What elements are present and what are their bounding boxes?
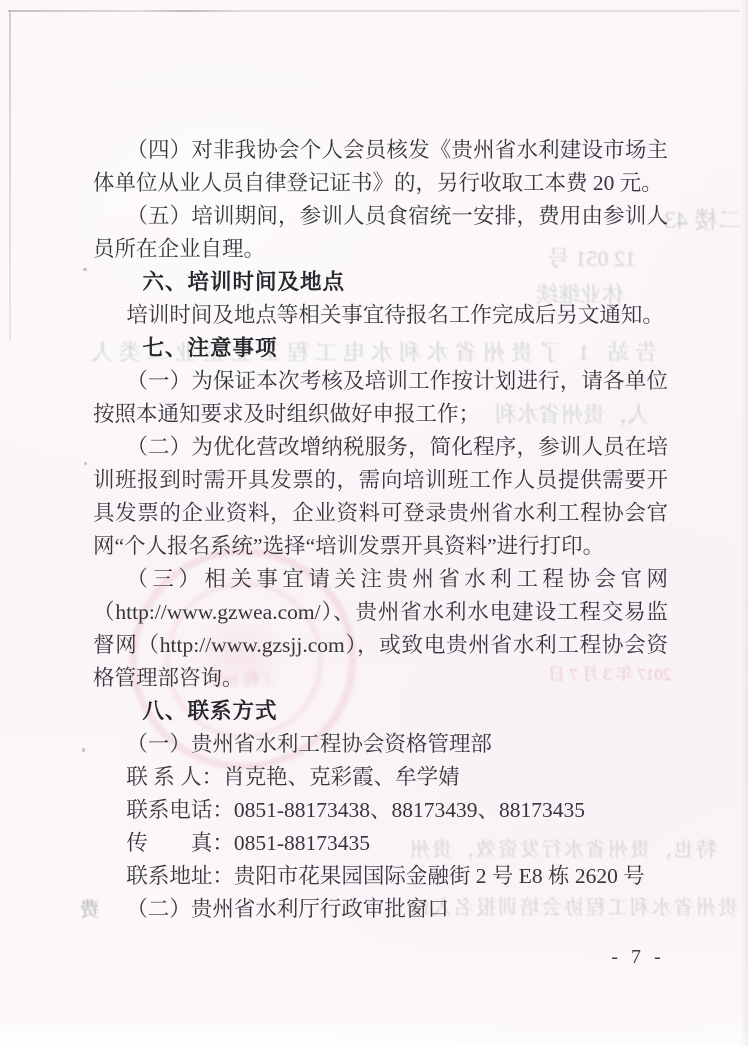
document-body: （四）对非我协会个人会员核发《贵州省水利建设市场主体单位从业人员自律登记证书》的…	[93, 134, 668, 926]
document-paragraph: 传 真：0851-88173435	[93, 827, 668, 860]
scan-edge-right-shadow	[741, 0, 748, 1058]
scan-speck	[84, 462, 87, 465]
scan-speck	[83, 268, 87, 271]
section-heading: 七、注意事项	[93, 332, 668, 365]
document-paragraph: （一）为保证本次考核及培训工作按计划进行，请各单位按照本通知要求及时组织做好申报…	[93, 365, 668, 431]
bleedthrough-text: 二楼 43	[664, 200, 742, 235]
document-paragraph: （三）相关事宜请关注贵州省水利工程协会官网（http://www.gzwea.c…	[93, 563, 668, 695]
section-heading: 六、培训时间及地点	[93, 266, 668, 299]
document-paragraph: （五）培训期间，参训人员食宿统一安排，费用由参训人员所在企业自理。	[93, 200, 668, 266]
document-paragraph: 培训时间及地点等相关事宜待报名工作完成后另文通知。	[93, 299, 668, 332]
scan-edge-top	[8, 10, 740, 12]
scan-edge-left	[9, 11, 11, 341]
document-paragraph: （一）贵州省水利工程协会资格管理部	[93, 728, 668, 761]
page-number: - 7 -	[598, 946, 678, 969]
document-paragraph: （二）贵州省水利厅行政审批窗口	[93, 893, 668, 926]
scan-speck	[82, 748, 85, 752]
document-paragraph: （二）为优化营改增纳税服务，简化程序，参训人员在培训班报到时需开具发票的，需向培…	[93, 431, 668, 563]
scanned-document-page: 二楼 43 12 051 号 休业继续 告站 1 了贵州省水利水电工程工业企业二…	[0, 0, 748, 1058]
document-paragraph: 联系地址：贵阳市花果园国际金融街 2 号 E8 栋 2620 号	[93, 860, 668, 893]
document-paragraph: （四）对非我协会个人会员核发《贵州省水利建设市场主体单位从业人员自律登记证书》的…	[93, 134, 668, 200]
document-paragraph: 联 系 人：肖克艳、克彩霞、牟学婧	[93, 761, 668, 794]
section-heading: 八、联系方式	[93, 695, 668, 728]
document-paragraph: 联系电话：0851-88173438、88173439、88173435	[93, 794, 668, 827]
scan-edge-bottom	[0, 1046, 748, 1058]
